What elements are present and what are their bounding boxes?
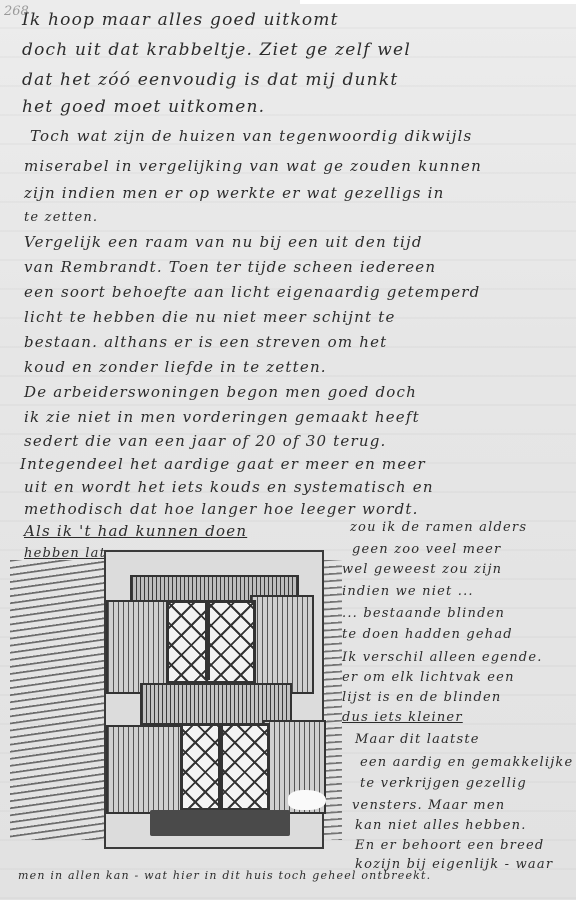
text-line: methodisch dat hoe langer hoe leeger wor… [24,500,419,518]
middle-transom [140,683,292,725]
text-line: van Rembrandt. Toen ter tijde scheen ied… [24,258,436,276]
text-line: wel geweest zou zijn [342,562,502,577]
text-line: Integendeel het aardige gaat er meer en … [20,455,426,473]
text-line: vensters. Maar men [352,798,505,813]
text-line: te doen hadden gehad [342,627,513,642]
text-line: een aardig en gemakkelijke [360,755,573,770]
text-line: dus iets kleiner [342,710,463,725]
text-line: miserabel in vergelijking van wat ge zou… [24,157,482,175]
text-line: uit en wordt het iets kouds en systemati… [24,478,434,496]
text-line: indien we niet ... [342,584,474,599]
text-line: er om elk lichtvak een [342,670,515,685]
hatching-left [10,560,105,840]
text-line: bestaan. althans er is een streven om he… [24,333,387,351]
text-line: Maar dit laatste [355,732,480,747]
lower-leaded-pane [180,723,270,811]
text-line: Ik verschil alleen egende. [342,650,543,665]
text-line: sedert die van een jaar of 20 of 30 teru… [24,432,387,450]
text-line: De arbeiderswoningen begon men goed doch [24,383,417,401]
text-line: ... bestaande blinden [342,606,505,621]
upper-mullion [205,600,210,680]
text-line: lijst is en de blinden [342,690,501,705]
text-line: doch uit dat krabbeltje. Ziet ge zelf we… [22,40,411,60]
text-line: zijn indien men er op werkte er wat geze… [24,184,445,202]
text-line: Vergelijk een raam van nu bij een uit de… [24,233,423,251]
text-line: dat het zóó eenvoudig is dat mij dunkt [22,70,398,90]
text-line: En er behoort een breed [355,838,544,853]
text-line: kan niet alles hebben. [355,818,527,833]
window-sill [150,810,290,836]
text-line: zou ik de ramen alders [350,520,527,535]
text-line: een soort behoefte aan licht eigenaardig… [24,283,480,301]
text-line: het goed moet uitkomen. [22,97,265,117]
upper-leaded-pane [166,600,256,684]
paper-damage [288,790,326,810]
shutter-upper-right [250,595,314,694]
letter-page: 268 Ik hoop maar alles goed uitkomt doch… [0,0,576,900]
lower-mullion [218,723,223,808]
text-line: men in allen kan - wat hier in dit huis … [18,869,431,882]
text-line: Ik hoop maar alles goed uitkomt [22,10,339,30]
text-line: te zetten. [24,210,98,225]
text-line: koud en zonder liefde in te zetten. [24,358,327,376]
shutter-lower-left [106,725,182,814]
text-line: te verkrijgen gezellig [360,776,527,791]
text-line: licht te hebben die nu niet meer schijnt… [24,308,396,326]
torn-edge [300,0,576,4]
text-line: geen zoo veel meer [352,542,501,557]
shutter-upper-left [106,600,170,694]
text-line: ik zie niet in men vorderingen gemaakt h… [24,408,420,426]
text-line: Toch wat zijn de huizen van tegenwoordig… [30,127,472,145]
window-sketch [0,520,345,860]
